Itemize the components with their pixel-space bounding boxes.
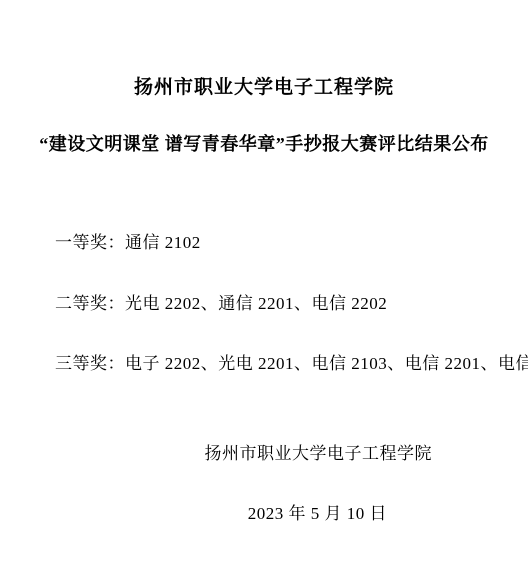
signature: 扬州市职业大学电子工程学院	[205, 439, 433, 464]
document-page: 扬州市职业大学电子工程学院 “建设文明课堂 谱写青春华章”手抄报大赛评比结果公布…	[0, 0, 528, 583]
award-line-second-prize: 二等奖：光电 2202、通信 2201、电信 2202	[55, 289, 387, 314]
document-subtitle: “建设文明课堂 谱写青春华章”手抄报大赛评比结果公布	[0, 130, 528, 156]
award-line-third-prize: 三等奖：电子 2202、光电 2201、电信 2103、电信 2201、电信 2…	[55, 349, 528, 374]
award-line-first-prize: 一等奖：通信 2102	[55, 228, 201, 253]
date: 2023 年 5 月 10 日	[248, 499, 387, 524]
document-title: 扬州市职业大学电子工程学院	[0, 72, 528, 99]
